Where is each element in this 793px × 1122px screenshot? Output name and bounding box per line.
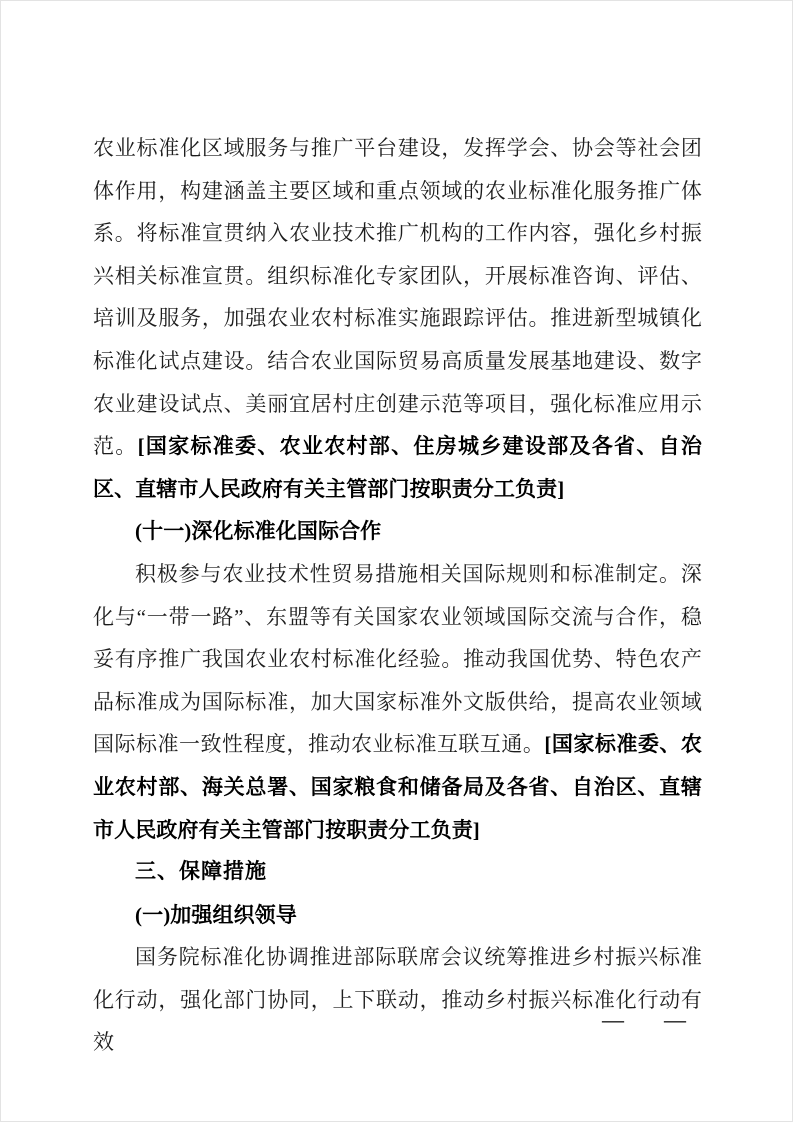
document-page: 农业标准化区域服务与推广平台建设，发挥学会、协会等社会团体作用，构建涵盖主要区域… — [0, 0, 793, 1122]
section-heading: (十一)深化标准化国际合作 — [93, 510, 702, 553]
responsibility-attribution: 三、保障措施 — [135, 860, 267, 883]
footer-dash-right: — — [664, 1008, 686, 1031]
responsibility-attribution: [国家标准委、农业农村部、住房城乡建设部及各省、自治区、直辖市人民政府有关主管部… — [93, 434, 702, 501]
text-run: 农业标准化区域服务与推广平台建设，发挥学会、协会等社会团体作用，构建涵盖主要区域… — [93, 136, 702, 458]
document-body: 农业标准化区域服务与推广平台建设，发挥学会、协会等社会团体作用，构建涵盖主要区域… — [93, 127, 702, 1064]
body-paragraph: 农业标准化区域服务与推广平台建设，发挥学会、协会等社会团体作用，构建涵盖主要区域… — [93, 127, 702, 510]
body-paragraph: 积极参与农业技术性贸易措施相关国际规则和标准制定。深化与“一带一路”、东盟等有关… — [93, 553, 702, 851]
text-run: 积极参与农业技术性贸易措施相关国际规则和标准制定。深化与“一带一路”、东盟等有关… — [93, 562, 702, 756]
footer-dash-left: — — [602, 1008, 624, 1031]
responsibility-attribution: (十一)深化标准化国际合作 — [135, 519, 381, 543]
page-footer: — — — [602, 1007, 686, 1033]
section-heading: 三、保障措施 — [93, 851, 702, 894]
section-heading: (一)加强组织领导 — [93, 894, 702, 937]
responsibility-attribution: (一)加强组织领导 — [135, 903, 297, 927]
text-run: 国务院标准化协调推进部际联席会议统筹推进乡村振兴标准化行动，强化部门协同，上下联… — [93, 945, 702, 1054]
body-paragraph: 国务院标准化协调推进部际联席会议统筹推进乡村振兴标准化行动，强化部门协同，上下联… — [93, 936, 702, 1064]
